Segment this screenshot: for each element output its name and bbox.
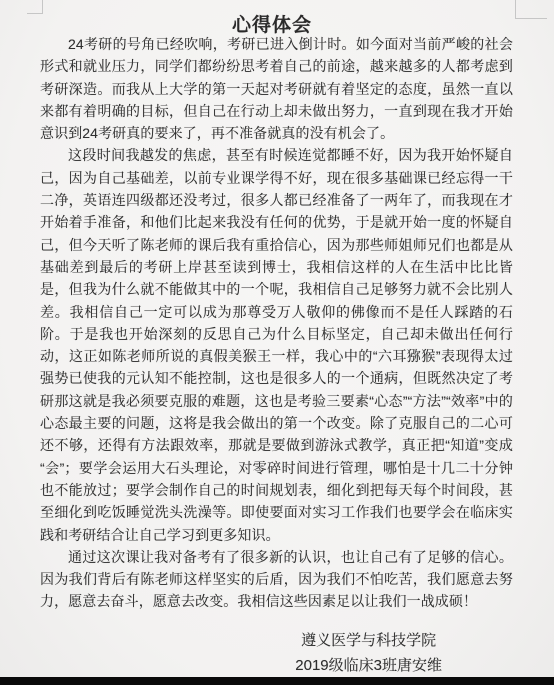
signature-school: 遵义医学与科技学院 <box>295 629 442 654</box>
paragraph-1: 24考研的号角已经吹响，考研已进入倒计时。如今面对当前严峻的社会形式和就业压力，… <box>40 33 513 144</box>
signature-class-author: 2019级临床3班唐安维 <box>295 654 442 679</box>
paragraph-3: 通过这次课让我对备考有了很多新的认识，也让自己有了足够的信心。因为我们背后有陈老… <box>40 546 513 613</box>
document-page: 心得体会 24考研的号角已经吹响，考研已进入倒计时。如今面对当前严峻的社会形式和… <box>0 0 554 685</box>
paragraph-2: 这段时间我越发的焦虑，甚至有时候连觉都睡不好，因为我开始怀疑自己，因为自己基础差… <box>40 144 513 545</box>
document-body: 24考研的号角已经吹响，考研已进入倒计时。如今面对当前严峻的社会形式和就业压力，… <box>40 33 513 613</box>
bottom-black-bar <box>0 677 554 685</box>
signature-block: 遵义医学与科技学院 2019级临床3班唐安维 <box>295 629 442 678</box>
